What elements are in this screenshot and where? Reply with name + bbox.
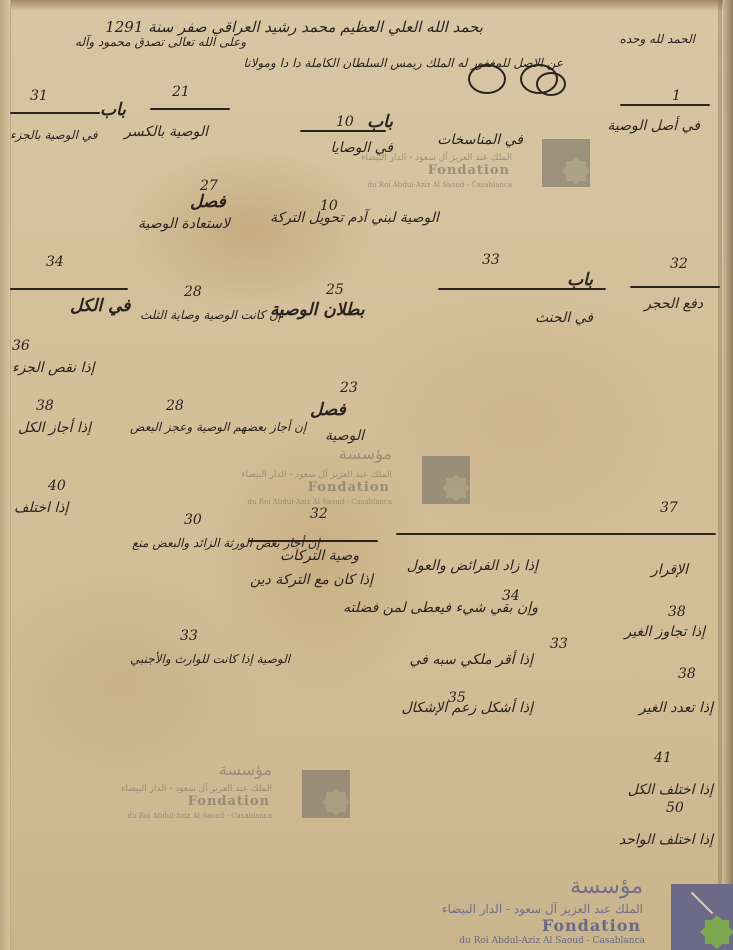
header-line-2: عن الاصل للمغفور له الملك ريمس السلطان ا…	[244, 56, 564, 70]
watermark-arabic-subtitle: الملك عبد العزيز آل سعود - الدار البيضاء	[241, 470, 392, 480]
watermark-latin-subtitle: du Roi Abdul-Aziz Al Saoud - Casablanca	[368, 181, 512, 189]
section-heading: فصل	[310, 400, 346, 420]
watermark-latin-subtitle: du Roi Abdul-Aziz Al Saoud - Casablanca	[459, 936, 645, 946]
section-title: في الكل	[70, 296, 130, 316]
section-title: في الحنث	[535, 310, 593, 326]
section-title: إذا أقر ملكي سبه في	[410, 652, 533, 668]
section-title: بطلان الوصية	[270, 300, 365, 320]
section-number: 1	[672, 88, 681, 104]
section-title: إذا اختلف	[14, 500, 68, 516]
watermark-latin-title: Fondation	[542, 916, 641, 935]
section-number: 36	[12, 338, 30, 354]
section-title: إن كانت الوصية وصاية الثلث	[140, 308, 281, 322]
section-title: إذا تعدد الغير	[639, 700, 713, 716]
watermark-arabic-subtitle: الملك عبد العزيز آل سعود - الدار البيضاء	[442, 902, 643, 916]
manuscript-page: بحمد الله العلي العظيم محمد رشيد العراقي…	[0, 0, 733, 950]
section-number: 38	[678, 666, 696, 682]
watermark-latin-title: Fondation	[428, 163, 510, 178]
section-number: 25	[326, 282, 344, 298]
section-title: إذا اختلف الكل	[628, 782, 713, 798]
section-number: 32	[310, 506, 328, 522]
section-title: إذا اختلف الواحد	[619, 832, 713, 848]
section-title: الوصية	[325, 428, 364, 444]
section-title: لاستعادة الوصية	[138, 216, 230, 232]
watermark-latin-subtitle: du Roi Abdul-Aziz Al Saoud - Casablanca	[248, 498, 392, 506]
section-number: 38	[36, 398, 54, 414]
section-title: وإن بقي شيء فيعطى لمن فضلته	[343, 600, 538, 616]
section-number: 30	[184, 512, 202, 528]
section-heading: باب	[100, 100, 126, 120]
heading-rule	[150, 108, 230, 110]
seal-mark	[536, 72, 566, 96]
section-title: دفع الحجر	[644, 296, 703, 312]
heading-rule	[620, 104, 710, 106]
watermark-fondation: مؤسسة الملك عبد العزيز آل سعود - الدار ا…	[270, 452, 470, 508]
section-title: إذا كان مع التركة دين	[250, 572, 373, 588]
page-left-edge	[0, 0, 11, 950]
section-number: 10	[336, 114, 354, 130]
watermark-arabic-subtitle: الملك عبد العزيز آل سعود - الدار البيضاء	[361, 153, 512, 163]
section-title: وصية التركات	[280, 548, 359, 564]
section-title: إذا أشكل زعم الإشكال	[401, 700, 533, 716]
section-title: الوصية بالكسر	[124, 124, 208, 140]
section-number: 50	[666, 800, 684, 816]
header-line-1: بحمد الله العلي العظيم محمد رشيد العراقي…	[105, 18, 483, 36]
watermark-latin-title: Fondation	[308, 480, 390, 495]
section-title: إذا نقص الجزء	[12, 360, 95, 376]
section-title: إذا تجاوز الغير	[625, 624, 706, 640]
header-left-note: وعلى الله تعالى تصدق محمود وآله	[75, 35, 246, 49]
section-number: 28	[166, 398, 184, 414]
section-number: 37	[660, 500, 678, 516]
page-fold	[718, 0, 722, 950]
section-title: إذا زاد الفرائض والعول	[407, 558, 538, 574]
heading-rule	[396, 533, 716, 535]
section-number: 38	[668, 604, 686, 620]
seal-mark	[468, 64, 506, 94]
heading-rule	[630, 286, 720, 288]
section-number: 33	[180, 628, 198, 644]
page-right-edge	[723, 0, 733, 950]
section-title: في الوصية بالجزء	[10, 128, 97, 142]
section-heading: باب	[367, 112, 393, 132]
section-number: 28	[184, 284, 202, 300]
section-title: في أصل الوصية	[607, 118, 700, 134]
section-number: 32	[670, 256, 688, 272]
section-title: إذا أجاز الكل	[18, 420, 91, 436]
section-number: 21	[172, 84, 190, 100]
watermark-latin-title: Fondation	[188, 794, 270, 809]
section-number: 33	[550, 636, 568, 652]
section-title: الوصية إذا كانت للوارث والأجنبي	[130, 652, 290, 666]
watermark-latin-subtitle: du Roi Abdul-Aziz Al Saoud - Casablanca	[128, 812, 272, 820]
section-number: 34	[46, 254, 64, 270]
watermark-arabic-subtitle: الملك عبد العزيز آل سعود - الدار البيضاء	[121, 784, 272, 794]
page-top-edge	[0, 0, 733, 10]
section-title: إن أجاز بعضهم الوصية وعجز البعض	[130, 420, 306, 434]
section-number: 40	[48, 478, 66, 494]
watermark-main: مؤسسة الملك عبد العزيز آل سعود - الدار ا…	[440, 862, 733, 950]
section-heading: فصل	[190, 192, 226, 212]
watermark-arabic-title: مؤسسة	[570, 874, 643, 899]
section-heading: باب	[567, 270, 593, 290]
section-number: 41	[654, 750, 672, 766]
section-title: الإقرار	[651, 562, 688, 578]
section-number: 23	[340, 380, 358, 396]
heading-rule	[10, 112, 100, 114]
watermark-fondation: مؤسسة الملك عبد العزيز آل سعود - الدار ا…	[140, 766, 350, 822]
watermark-arabic-title: مؤسسة	[339, 444, 392, 463]
section-title: الوصية لبني آدم تحويل التركة	[270, 210, 439, 226]
watermark-fondation: الملك عبد العزيز آل سعود - الدار البيضاء…	[400, 135, 590, 191]
heading-rule	[248, 540, 378, 542]
section-number: 33	[482, 252, 500, 268]
header-right-note: الحمد لله وحده	[620, 32, 695, 46]
heading-rule	[10, 288, 128, 290]
section-number: 31	[30, 88, 48, 104]
watermark-arabic-title: مؤسسة	[219, 760, 272, 779]
